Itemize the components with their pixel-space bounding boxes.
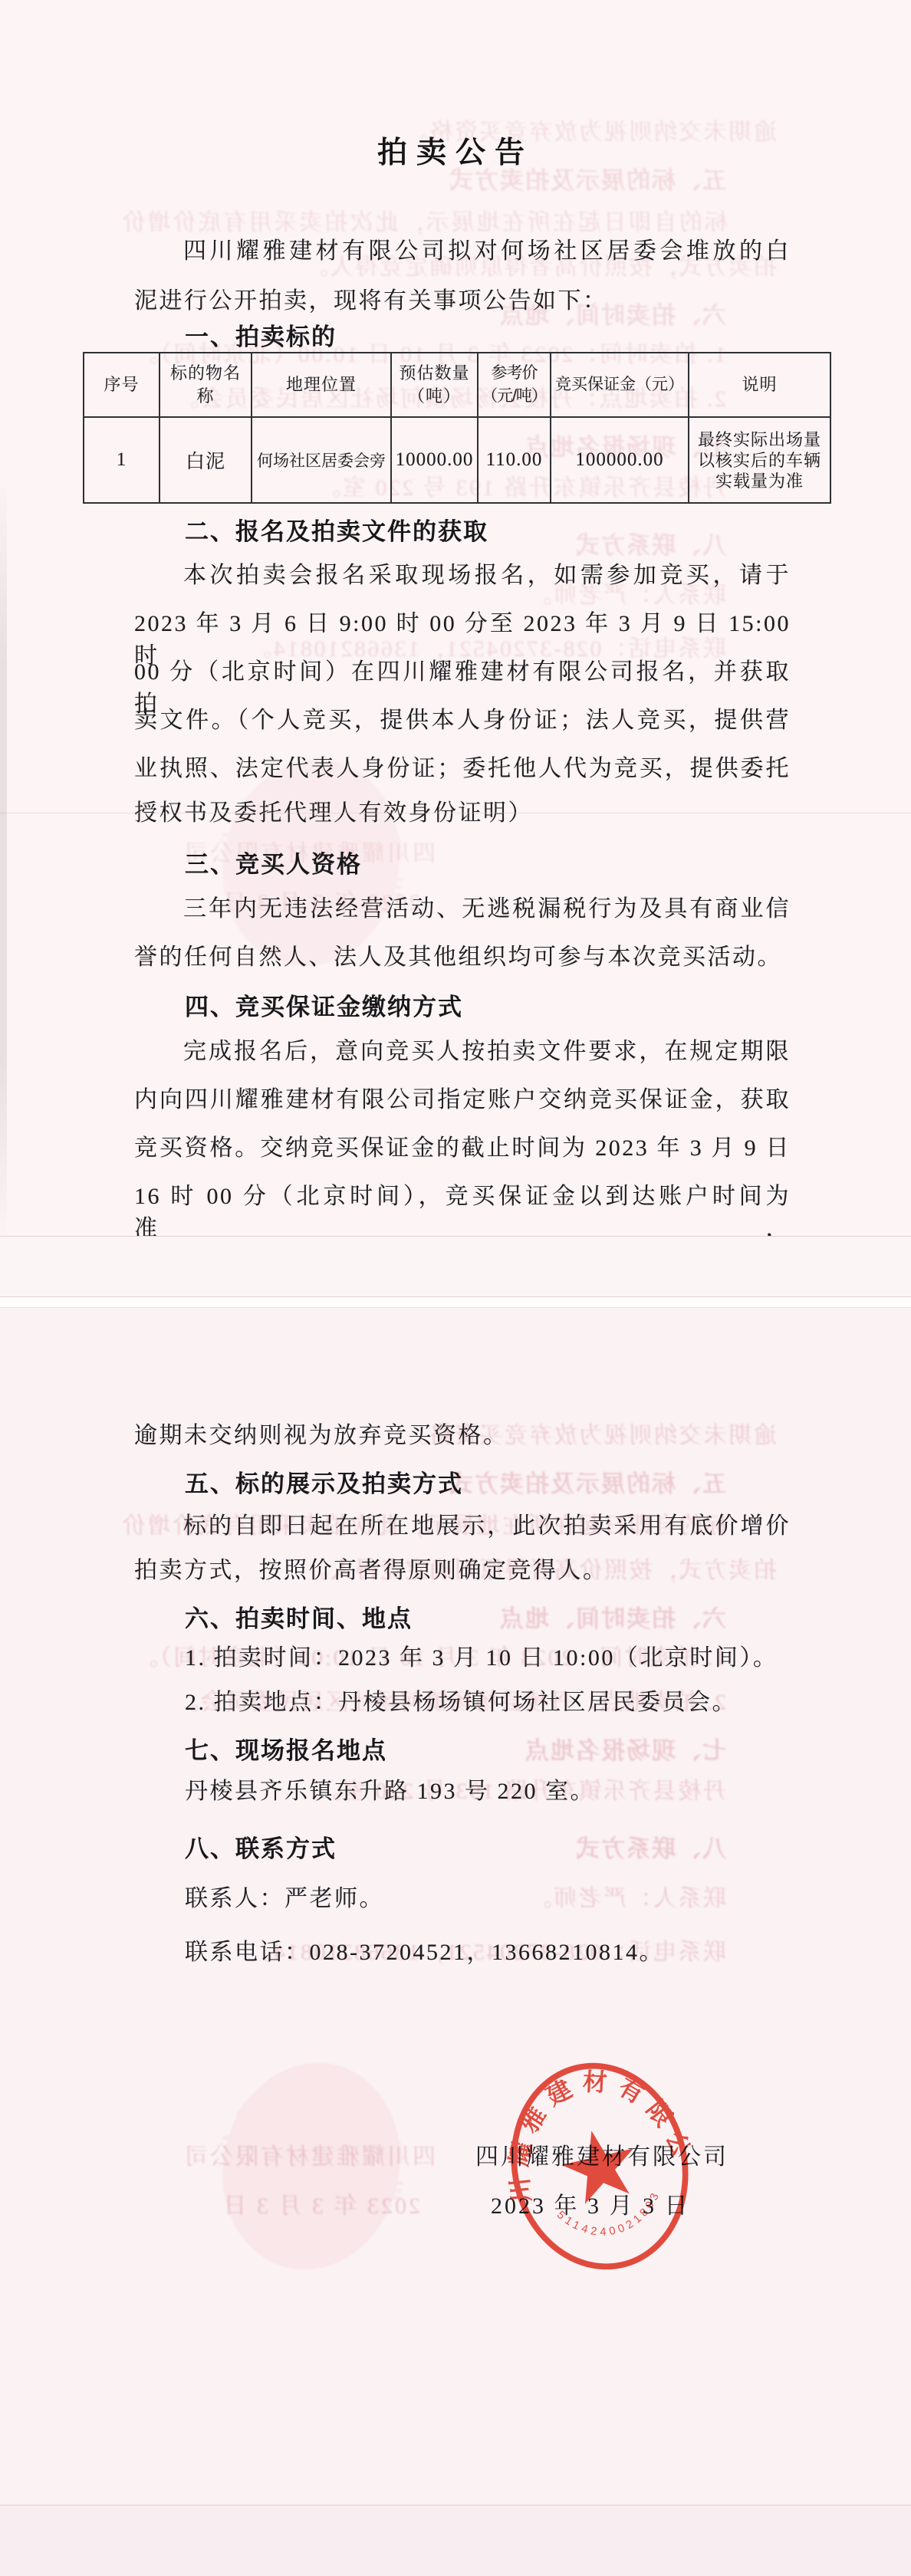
s4-line-3: 竞买资格。交纳竞买保证金的截止时间为 2023 年 3 月 9 日 bbox=[134, 1132, 791, 1165]
cell-index: 1 bbox=[84, 417, 160, 503]
auction-time-item: 1. 拍卖时间：2023 年 3 月 10 日 10:00（北京时间）。 bbox=[185, 1642, 798, 1674]
s4-line-4: 16 时 00 分（北京时间），竞买保证金以到达账户时间为准， bbox=[134, 1181, 791, 1236]
col-header-location: 地理位置 bbox=[252, 353, 391, 417]
page-1-content: 拍卖公告 四川耀雅建材有限公司拟对何场社区居委会堆放的白 泥进行公开拍卖，现将有… bbox=[0, 0, 911, 1236]
col-header-item-name: 标的物名称 bbox=[160, 353, 252, 417]
cell-remark: 最终实际出场量以核实后的车辆实载量为准 bbox=[689, 417, 830, 503]
scanned-document-sheet: 逾期未交纳则视为放弃竞买资格。 五、标的展示及拍卖方式 标的自即日起在所在地展示… bbox=[0, 0, 911, 2576]
s5-line-1: 标的自即日起在所在地展示，此次拍卖采用有底价增价 bbox=[134, 1510, 791, 1543]
section-1-heading: 一、拍卖标的 bbox=[185, 317, 337, 352]
contact-person-line: 联系人：严老师。 bbox=[185, 1883, 798, 1915]
registration-address-line: 丹棱县齐乐镇东升路 193 号 220 室。 bbox=[185, 1776, 798, 1808]
cell-item-name: 白泥 bbox=[160, 417, 252, 503]
col-header-ref-price: 参考价（元/吨） bbox=[478, 353, 551, 417]
page-gap-band bbox=[0, 1237, 911, 1296]
cell-quantity: 10000.00 bbox=[391, 417, 478, 503]
s4-line-1: 完成报名后，意向竞买人按拍卖文件要求，在规定期限 bbox=[134, 1036, 791, 1068]
cell-location: 何场社区居委会旁 bbox=[252, 417, 391, 503]
scan-left-edge-shadow bbox=[0, 475, 7, 1242]
seal-serial-number: 5114240021803 bbox=[553, 2186, 670, 2249]
s3-line-1: 三年内无违法经营活动、无逃税漏税行为及具有商业信 bbox=[134, 893, 791, 925]
table-row: 1 白泥 何场社区居委会旁 10000.00 110.00 100000.00 … bbox=[84, 417, 830, 503]
col-header-index: 序号 bbox=[84, 353, 160, 417]
col-header-remark: 说明 bbox=[689, 353, 830, 417]
intro-line-2: 泥进行公开拍卖，现将有关事项公告如下： bbox=[134, 285, 791, 317]
cell-deposit: 100000.00 bbox=[551, 417, 689, 503]
section-5-heading: 五、标的展示及拍卖方式 bbox=[185, 1464, 463, 1499]
contact-phone-line: 联系电话：028-37204521，13668210814。 bbox=[185, 1937, 798, 1969]
section-8-heading: 八、联系方式 bbox=[185, 1829, 337, 1864]
s4-line-2: 内向四川耀雅建材有限公司指定账户交纳竞买保证金，获取 bbox=[134, 1084, 791, 1116]
auction-place-item: 2. 拍卖地点：丹棱县杨场镇何场社区居民委员会。 bbox=[185, 1687, 798, 1719]
document-title: 拍卖公告 bbox=[0, 129, 911, 172]
section-4-heading: 四、竞买保证金缴纳方式 bbox=[185, 987, 463, 1022]
scan-bottom-band bbox=[0, 2505, 911, 2576]
scan-artifact-line bbox=[0, 813, 911, 813]
section-3-heading: 三、竞买人资格 bbox=[185, 845, 362, 879]
section-7-heading: 七、现场报名地点 bbox=[185, 1731, 387, 1766]
s2-line-1: 本次拍卖会报名采取现场报名，如需参加竞买，请于 bbox=[134, 560, 791, 592]
page-1: 逾期未交纳则视为放弃竞买资格。 五、标的展示及拍卖方式 标的自即日起在所在地展示… bbox=[0, 0, 911, 1236]
s2-line-5: 业执照、法定代表人身份证；委托他人代为竞买，提供委托 bbox=[134, 753, 791, 785]
page-edge-line bbox=[0, 1236, 911, 1237]
page-2: 逾期未交纳则视为放弃竞买资格。 五、标的展示及拍卖方式 标的自即日起在所在地展示… bbox=[0, 1303, 911, 2505]
section-6-heading: 六、拍卖时间、地点 bbox=[185, 1599, 413, 1634]
s5-line-2: 拍卖方式，按照价高者得原则确定竞得人。 bbox=[134, 1555, 791, 1587]
svg-text:5114240021803: 5114240021803 bbox=[553, 2186, 670, 2249]
s4-continuation-line: 逾期未交纳则视为放弃竞买资格。 bbox=[134, 1420, 791, 1452]
seal-star-icon bbox=[556, 2122, 643, 2206]
s2-line-6: 授权书及委托代理人有效身份证明） bbox=[134, 797, 791, 830]
table-header-row: 序号 标的物名称 地理位置 预估数量（吨） 参考价（元/吨） 竞买保证金（元） … bbox=[84, 353, 830, 417]
cell-ref-price: 110.00 bbox=[478, 417, 551, 503]
col-header-quantity: 预估数量（吨） bbox=[391, 353, 478, 417]
col-header-deposit: 竞买保证金（元） bbox=[551, 353, 689, 417]
auction-lots-table: 序号 标的物名称 地理位置 预估数量（吨） 参考价（元/吨） 竞买保证金（元） … bbox=[83, 352, 831, 504]
s3-line-2: 誉的任何自然人、法人及其他组织均可参与本次竞买活动。 bbox=[134, 941, 791, 974]
s2-line-4: 卖文件。（个人竞买，提供本人身份证；法人竞买，提供营 bbox=[134, 705, 791, 737]
intro-line-1: 四川耀雅建材有限公司拟对何场社区居委会堆放的白 bbox=[134, 235, 791, 268]
page-seam-strip bbox=[0, 1296, 911, 1308]
page-2-content: 逾期未交纳则视为放弃竞买资格。 五、标的展示及拍卖方式 标的自即日起在所在地展示… bbox=[0, 1303, 911, 2505]
section-2-heading: 二、报名及拍卖文件的获取 bbox=[185, 512, 488, 547]
company-seal: 四川耀雅建材有限公司 5114240021803 bbox=[503, 2053, 696, 2280]
